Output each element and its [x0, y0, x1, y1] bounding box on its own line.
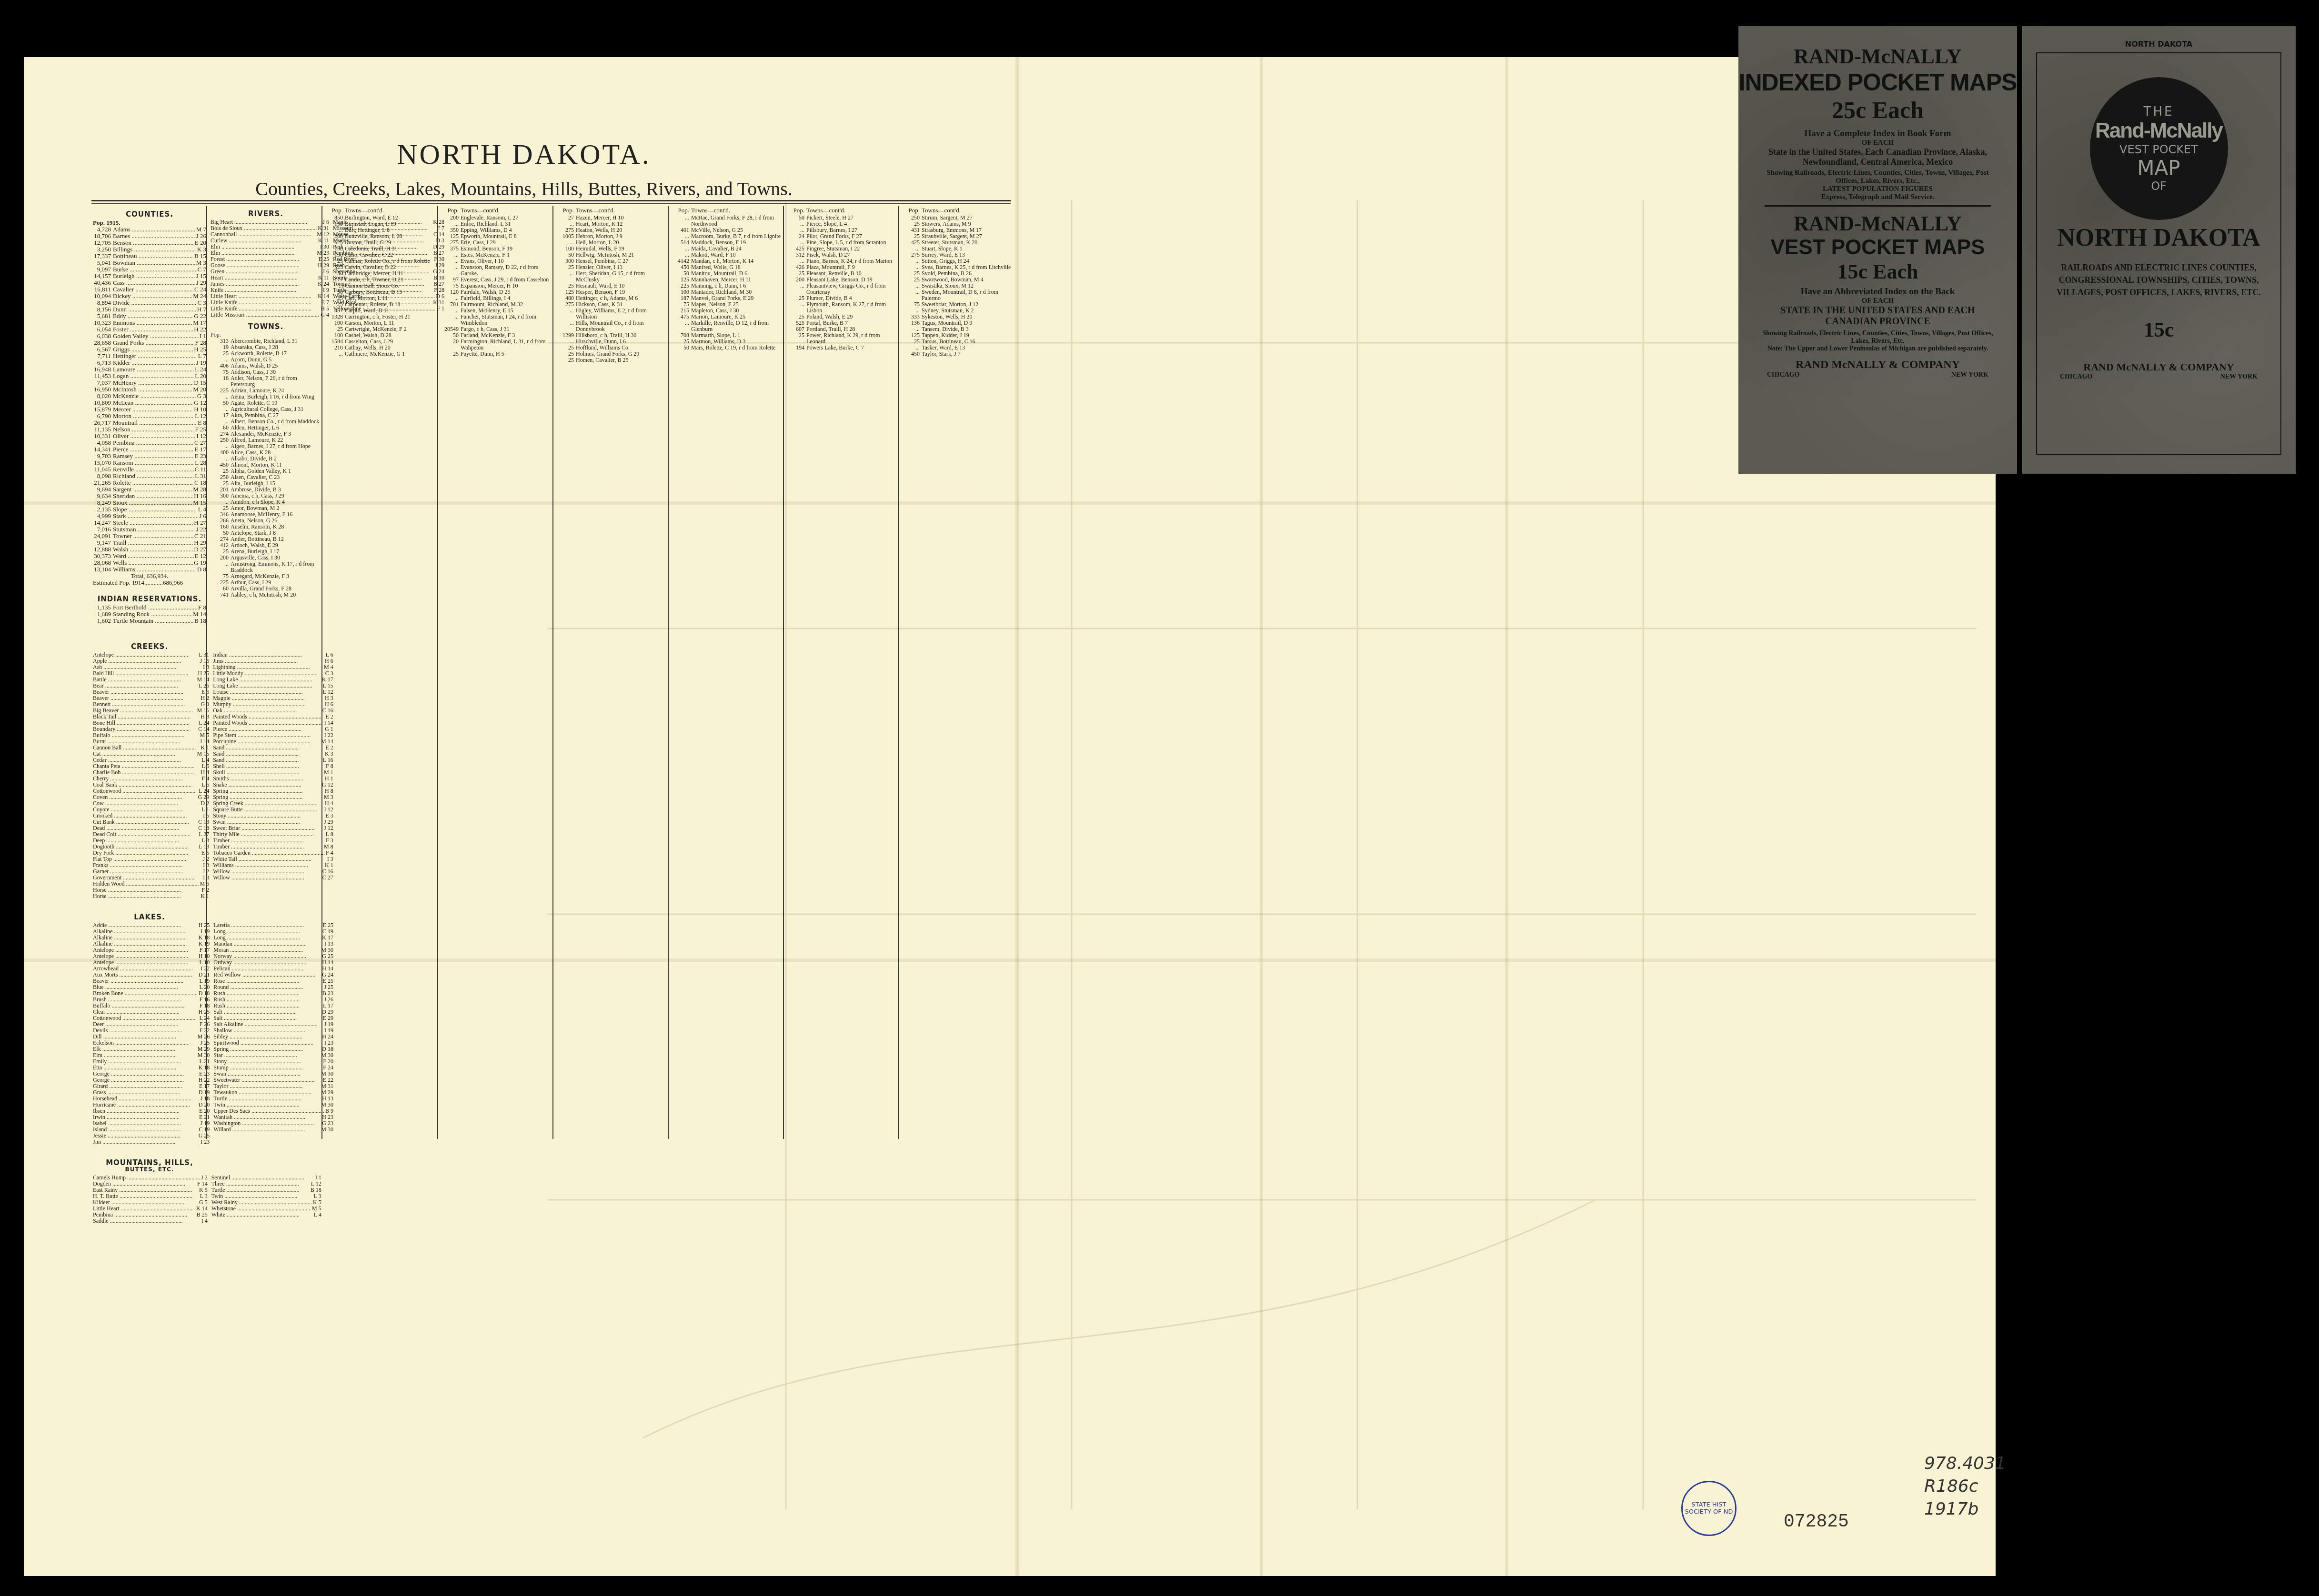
- lakes-heading: LAKES.: [93, 914, 206, 920]
- list-item: CurlewK 11: [211, 238, 329, 244]
- list-item: Little KnifeE 7: [211, 299, 329, 306]
- list-item: JamesK 24: [211, 281, 329, 287]
- list-item: 26,717MountrailE 8: [93, 419, 206, 426]
- grid-ref: M 17: [192, 319, 206, 326]
- list-item: 4,999StarkJ 6: [93, 513, 206, 519]
- place-name: Willard: [213, 1127, 320, 1133]
- reservations-list: 1,135Fort BertholdF 81,689Standing RockM…: [93, 604, 206, 624]
- list-item: Tobacco GardenF 4: [213, 850, 333, 856]
- grid-ref: M 15: [192, 499, 206, 506]
- list-item: BuffaloM 5: [93, 732, 209, 738]
- list-item: Coal BankL 6: [93, 782, 209, 788]
- town-row: 25Power, Richland, K 29, r d from Leonar…: [786, 332, 897, 345]
- place-name: Spring: [213, 1046, 321, 1052]
- grid-ref: C 18: [193, 479, 206, 486]
- list-item: 15,879MercerH 10: [93, 406, 206, 413]
- place-name: Alkaline: [93, 928, 200, 935]
- population: 30,373: [93, 553, 113, 559]
- list-item: ShellF 8: [213, 763, 333, 769]
- town-entry: Fairdale, Walsh, D 25: [461, 289, 551, 295]
- list-item: AlkalineI 19: [93, 928, 210, 935]
- list-item: NorwayG 25: [213, 953, 333, 959]
- grid-ref: J 19: [195, 359, 206, 366]
- population: 25: [556, 357, 576, 363]
- place-name: Franks: [93, 862, 202, 868]
- place-name: Rush: [213, 1003, 322, 1009]
- list-item: 9,703RamseyE 23: [93, 453, 206, 459]
- place-name: Antelope: [93, 959, 198, 966]
- place-name: Williams: [213, 862, 324, 868]
- town-entry: Alden, Hettinger, L 6: [231, 425, 321, 431]
- cover-text: Have an Abbreviated Index on the Back: [1738, 287, 2017, 297]
- town-entry: Epworth, Mountrail, E 8: [461, 233, 551, 239]
- list-item: Pipe StemI 22: [213, 732, 333, 738]
- place-name: Dickey: [113, 293, 192, 299]
- place-name: Logan: [113, 373, 194, 379]
- list-item: EttaK 18: [93, 1065, 210, 1071]
- grid-ref: L 28: [194, 459, 206, 466]
- list-item: 12,705BensonE 20: [93, 239, 206, 246]
- population: ...: [325, 351, 345, 357]
- town-entry: Carl, Morton, L 11: [345, 295, 435, 301]
- place-name: Sand: [213, 757, 322, 763]
- grid-ref: E 23: [194, 453, 206, 459]
- cover-text: Express, Telegraph and Mail Service.: [1738, 193, 2017, 201]
- town-entry: Swartwood, Bowman, M 4: [922, 277, 1012, 283]
- list-item: StarM 30: [213, 1052, 333, 1058]
- publisher: RAND McNALLY & COMPANY: [1738, 359, 2017, 371]
- list-item: WanitahH 23: [213, 1114, 333, 1120]
- place-name: Adams: [113, 226, 195, 233]
- counties-pop-label: Pop. 1915.: [93, 219, 206, 226]
- town-entry: Hellwig, McIntosh, M 21: [576, 252, 666, 258]
- place-name: Benson: [113, 239, 194, 246]
- cont-header: Towns—cont'd.: [691, 207, 730, 213]
- town-entry: Homen, Cavalier, B 25: [576, 357, 666, 363]
- place-name: George: [93, 1077, 198, 1083]
- population: 16,950: [93, 386, 113, 393]
- place-name: Pembina: [93, 1212, 196, 1218]
- place-name: Pipe Stem: [213, 732, 323, 738]
- place-name: Hettinger: [113, 353, 197, 359]
- grid-ref: F 8: [197, 604, 206, 611]
- place-name: Swan: [213, 1071, 320, 1077]
- place-name: Clear: [93, 1009, 198, 1015]
- cont-header: Towns—cont'd.: [345, 207, 384, 213]
- accession-number: 072825: [1784, 1512, 1849, 1532]
- list-item: IslandC 19: [93, 1127, 210, 1133]
- list-item: 6,790MortonL 12: [93, 413, 206, 419]
- list-item: JessieG 25: [93, 1133, 210, 1139]
- population: 3,250: [93, 246, 113, 253]
- town-entry: Heaton, Wells, H 20: [576, 227, 666, 233]
- town-entry: Tansem, Divide, B 3: [922, 326, 1012, 332]
- place-name: Skull: [213, 769, 323, 776]
- list-item: H. T. ButteL 3: [93, 1193, 208, 1199]
- town-entry: Cashel, Walsh, D 28: [345, 332, 435, 339]
- place-name: Stony: [213, 813, 324, 819]
- population: 7,037: [93, 379, 113, 386]
- list-item: Aux MortsD 21: [93, 972, 210, 978]
- list-item: GeorgeE 23: [93, 1071, 210, 1077]
- place-name: McKenzie: [113, 393, 196, 399]
- place-name: Fort Berthold: [113, 604, 197, 611]
- town-entry: Hebron, Morton, J 9: [576, 233, 666, 239]
- list-item: GarnerJ 2: [93, 868, 209, 875]
- list-item: 9,097BurkeC 7: [93, 266, 206, 273]
- town-entry: Pine, Slope, L 5, r d from Scranton: [806, 239, 897, 246]
- town-entry: Calvin, Cavalier, B 22: [345, 264, 435, 270]
- list-item: SkullM 1: [213, 769, 333, 776]
- population: 6,790: [93, 413, 113, 419]
- population: 8,098: [93, 473, 113, 479]
- list-item: StumpF 24: [213, 1065, 333, 1071]
- population: 7,016: [93, 526, 113, 533]
- index-title: NORTH DAKOTA. Counties, Creeks, Lakes, M…: [24, 138, 1024, 200]
- place-name: Deep: [93, 838, 201, 844]
- place-name: Turtle Mountain: [113, 618, 193, 624]
- list-item: PembinaB 25: [93, 1212, 208, 1218]
- population: 9,147: [93, 539, 113, 546]
- grid-ref: J 15: [195, 273, 206, 279]
- list-item: Painted WoodsI 14: [213, 720, 333, 726]
- place-name: Twin: [213, 1102, 320, 1108]
- population: 25: [786, 332, 806, 345]
- place-name: Dry Fork: [93, 850, 201, 856]
- list-item: IndianL 6: [213, 652, 333, 658]
- town-row: ...Hills, Mountrail Co., r d from Donnyb…: [556, 320, 666, 332]
- list-item: SpiritwoodI 23: [213, 1040, 333, 1046]
- grid-ref: H 25: [193, 346, 206, 353]
- town-entry: Epping, Williams, D 4: [461, 227, 551, 233]
- place-name: Laretta: [213, 922, 321, 928]
- place-name: Antelope: [93, 953, 198, 959]
- place-name: Dead Colt: [93, 831, 198, 838]
- lakes-list: AddieH 25AlkalineI 19AlkalineK 18Alkalin…: [93, 922, 206, 1145]
- map-sheet: NORTH DAKOTA. Counties, Creeks, Lakes, M…: [24, 57, 1996, 1576]
- grid-ref: D 15: [193, 379, 206, 386]
- grid-ref: E 12: [194, 553, 206, 559]
- town-entry: Hazen, Mercer, H 10: [576, 215, 666, 221]
- population: 14,247: [93, 519, 113, 526]
- list-item: ForestE 25: [211, 256, 329, 262]
- place-name: Beaver: [93, 695, 200, 701]
- grid-ref: L 20: [194, 373, 206, 379]
- place-name: Shallow: [213, 1027, 323, 1034]
- list-item: 9,147TraillH 29: [93, 539, 206, 546]
- town-entry: Amidon, c h Slope, K 4: [231, 499, 321, 505]
- town-row: ...Sweden, Mountrail, D 8, r d from Pale…: [902, 289, 1012, 301]
- place-name: Snake: [213, 782, 321, 788]
- cover-text: Note: The Upper and Lower Peninsulas of …: [1738, 345, 2017, 353]
- grid-ref: M 14: [192, 611, 206, 618]
- place-name: Bennett: [93, 701, 200, 708]
- list-item: LongK 17: [213, 935, 333, 941]
- place-name: Willow: [213, 875, 321, 881]
- towns-column-6: Pop.Towns—cont'd.50Pickert, Steele, H 27…: [786, 207, 897, 351]
- list-item: SweetwaterE 22: [213, 1077, 333, 1083]
- list-item: DeepL 3: [93, 838, 209, 844]
- population: 10,809: [93, 399, 113, 406]
- place-name: Norway: [213, 953, 321, 959]
- place-name: Rose: [213, 978, 321, 984]
- place-name: Isabel: [93, 1120, 200, 1127]
- list-item: DeerF 26: [93, 1021, 210, 1027]
- town-entry: Pisek, Walsh, D 27: [806, 252, 897, 258]
- place-name: White: [211, 1212, 313, 1218]
- population: 4,999: [93, 513, 113, 519]
- place-name: Stark: [113, 513, 198, 519]
- town-entry: Mars, Rolette, C 19, r d from Rolette: [691, 345, 782, 351]
- reservations-heading: INDIAN RESERVATIONS.: [93, 596, 206, 602]
- place-name: Cannon Ball: [93, 745, 200, 751]
- place-name: Salt Alkaline: [213, 1021, 323, 1027]
- population: 4,058: [93, 439, 113, 446]
- column-divider: [668, 206, 669, 1139]
- brand-line: RAND-McNALLY: [1738, 211, 2017, 236]
- place-name: Murphy: [213, 701, 324, 708]
- price-line: 15c Each: [1738, 259, 2017, 284]
- town-entry: Powers Lake, Burke, C 7: [806, 345, 897, 351]
- population: 9,634: [93, 493, 113, 499]
- place-name: Timber: [213, 844, 323, 850]
- list-item: JimsH 6: [213, 658, 333, 664]
- town-row: ...Armstrong, Emmons, K 17, r d from Bra…: [211, 561, 321, 573]
- list-item: Bald HillH 25: [93, 670, 209, 677]
- list-item: 8,894DivideC 3: [93, 299, 206, 306]
- list-item: WilliamsK 1: [213, 862, 333, 868]
- list-item: PelicanH 14: [213, 966, 333, 972]
- place-name: Billings: [113, 246, 196, 253]
- population: 11,045: [93, 466, 113, 473]
- town-entry: Hofflund, Williams Co.: [576, 345, 666, 351]
- list-item: CowD 2: [93, 800, 209, 807]
- cont-header: Towns—cont'd.: [576, 207, 615, 213]
- list-item: TwinM 30: [213, 1102, 333, 1108]
- place-name: Ward: [113, 553, 194, 559]
- town-entry: Arnegard, McKenzie, F 3: [231, 573, 321, 579]
- list-item: 10,323EmmonsM 17: [93, 319, 206, 326]
- cover-state-top: NORTH DAKOTA: [2022, 40, 2296, 49]
- town-row: 450Taylor, Stark, J 7: [902, 351, 1012, 357]
- population: 741: [211, 592, 231, 598]
- place-name: Oliver: [113, 433, 195, 439]
- grid-ref: C 24: [193, 286, 206, 293]
- list-item: Painted WoodsE 2: [213, 714, 333, 720]
- page-subtitle: Counties, Creeks, Lakes, Mountains, Hill…: [24, 178, 1024, 200]
- list-item: Sweet BriarJ 12: [213, 825, 333, 831]
- place-name: Little Knife: [211, 306, 320, 312]
- list-item: WillardM 30: [213, 1127, 333, 1133]
- place-name: Eckelson: [93, 1040, 200, 1046]
- place-name: Louise: [213, 689, 322, 695]
- place-name: Beaver: [93, 689, 201, 695]
- mountains-heading: MOUNTAINS, HILLS,: [93, 1159, 206, 1166]
- list-item: ShallowI 19: [213, 1027, 333, 1034]
- place-name: Salt: [213, 1015, 321, 1021]
- cover-text: LATEST POPULATION FIGURES: [1738, 185, 2017, 193]
- place-name: Moran: [213, 947, 320, 953]
- list-item: AddieH 25: [93, 922, 210, 928]
- place-name: Boundary: [93, 726, 197, 732]
- population: 16,811: [93, 286, 113, 293]
- place-name: Battle: [93, 677, 196, 683]
- list-item: 2,135SlopeL 4: [93, 506, 206, 513]
- grid-ref: L 7: [197, 353, 206, 359]
- list-item: MandanI 13: [213, 941, 333, 947]
- town-entry: Englevale, Ransom, L 27: [461, 215, 551, 221]
- town-entry: Hettinger, c h, Adams, M 6: [576, 295, 666, 301]
- place-name: Hurricane: [93, 1102, 198, 1108]
- list-item: IbsenE 20: [93, 1108, 210, 1114]
- list-item: Long LakeL 15: [213, 683, 333, 689]
- population: 25: [441, 351, 461, 357]
- town-entry: Abercrombie, Richland, L 31: [231, 338, 321, 344]
- town-entry: Tappen, Kidder, J 19: [922, 332, 1012, 339]
- list-item: SandK 3: [213, 751, 333, 757]
- pop-header: Pop.: [325, 207, 345, 213]
- list-item: 1,602Turtle MountainB 18: [93, 618, 206, 624]
- town-entry: Pickert, Steele, H 27: [806, 215, 897, 221]
- place-name: Ibsen: [93, 1108, 198, 1114]
- place-name: Horse: [93, 887, 201, 893]
- town-row: 16Adler, Nelson, F 26, r d from Petersbu…: [211, 375, 321, 388]
- town-entry: Fayette, Dunn, H 5: [461, 351, 551, 357]
- town-entry: Erie, Cass, I 29: [461, 239, 551, 246]
- list-item: 11,135NelsonF 25: [93, 426, 206, 433]
- grid-ref: L 12: [194, 413, 206, 419]
- grid-ref: G 19: [193, 559, 206, 566]
- place-name: Alkaline: [93, 941, 198, 947]
- place-name: Spring: [213, 794, 323, 800]
- town-entry: Aetna, Burleigh, I 16, r d from Wing: [231, 394, 321, 400]
- list-item: Little MuddyC 3: [213, 670, 333, 677]
- place-name: Burleigh: [113, 273, 195, 279]
- list-item: 10,094DickeyM 24: [93, 293, 206, 299]
- town-entry: Pilot, Grand Forks, F 27: [806, 233, 897, 239]
- list-item: CottonwoodL 24: [93, 1015, 210, 1021]
- list-item: ElkM 29: [93, 1046, 210, 1052]
- list-item: DogtoothL 13: [93, 844, 209, 850]
- place-name: Willow: [213, 868, 321, 875]
- town-entry: Fancher, Stutsman, I 24, r d from Wimble…: [461, 314, 551, 326]
- place-name: Cannonball: [211, 231, 316, 238]
- town-row: ...Pleasantview, Griggs Co., r d from Co…: [786, 283, 897, 295]
- population: 10,094: [93, 293, 113, 299]
- list-item: HeartK 11: [211, 275, 329, 281]
- towns-column-7: Pop.Towns—cont'd.250Stirum, Sargent, M 2…: [902, 207, 1012, 357]
- town-entry: Arvilla, Grand Forks, F 28: [231, 586, 321, 592]
- list-item: PorcupineM 14: [213, 738, 333, 745]
- place-name: East Rainy: [93, 1187, 198, 1193]
- place-name: Divide: [113, 299, 197, 306]
- place-name: Mercer: [113, 406, 193, 413]
- grid-ref: K 1: [200, 893, 209, 899]
- list-item: SaltD 29: [213, 1009, 333, 1015]
- population: 5,041: [93, 259, 113, 266]
- place-name: McHenry: [113, 379, 193, 386]
- column-divider: [437, 206, 438, 1139]
- list-item: MurphyH 6: [213, 701, 333, 708]
- town-entry: Ackworth, Rolette, B 17: [231, 350, 321, 357]
- place-name: Long Lake: [213, 677, 321, 683]
- place-name: Long: [213, 935, 321, 941]
- list-item: Little HeartK 14: [211, 293, 329, 299]
- counties-column: COUNTIES. Pop. 1915. 4,728AdamsM 718,706…: [93, 207, 206, 1224]
- town-entry: Carpio, Ward, D 11: [345, 308, 435, 314]
- town-entry: Burlington, Ward, E 12: [345, 215, 435, 221]
- town-entry: Plumer, Divide, B 4: [806, 295, 897, 301]
- list-item: DeadC 18: [93, 825, 209, 831]
- list-item: PierceG 1: [213, 726, 333, 732]
- list-item: WhiteL 4: [211, 1212, 321, 1218]
- place-name: Aux Morts: [93, 972, 198, 978]
- list-item: ClearH 25: [93, 1009, 210, 1015]
- place-name: Little Heart: [93, 1206, 195, 1212]
- pop-header: Pop.: [441, 207, 461, 213]
- grid-ref: G 3: [196, 393, 206, 399]
- population: 11,453: [93, 373, 113, 379]
- place-name: Grass: [93, 1089, 198, 1096]
- town-entry: Makoti, Ward, F 10: [691, 252, 782, 258]
- town-entry: Heil, Morton, L 20: [576, 239, 666, 246]
- column-divider: [783, 206, 784, 1139]
- town-entry: Alice, Cass, K 28: [231, 449, 321, 456]
- cover-text: OF EACH: [1738, 297, 2017, 305]
- place-name: Sweet Briar: [213, 825, 323, 831]
- place-name: Spring: [213, 788, 324, 794]
- grid-ref: J 29: [195, 279, 206, 286]
- town-entry: Stirum, Sargent, M 27: [922, 215, 1012, 221]
- town-entry: Argusville, Cass, I 30: [231, 555, 321, 561]
- rivers-heading: RIVERS.: [211, 211, 321, 217]
- population: 28,658: [93, 339, 113, 346]
- place-name: Mountrail: [113, 419, 197, 426]
- town-entry: Hillsboro, c h, Traill, H 30: [576, 332, 666, 339]
- list-item: GreenJ 6: [211, 269, 329, 275]
- grid-ref: M 7: [195, 226, 206, 233]
- place-name: Big Beaver: [93, 708, 196, 714]
- place-name: Kidder: [113, 359, 195, 366]
- pop-header: Pop.: [786, 207, 806, 213]
- town-entry: Maddock, Benson, F 19: [691, 239, 782, 246]
- place-name: Twin: [211, 1193, 313, 1199]
- place-name: Elm: [93, 1052, 197, 1058]
- list-item: 7,037McHenryD 15: [93, 379, 206, 386]
- place-name: Brush: [93, 997, 199, 1003]
- cover-text: Showing Railroads, Electric Lines, Count…: [1738, 167, 2017, 185]
- grid-ref: H 16: [193, 493, 206, 499]
- town-entry: Straubville, Sargent, M 27: [922, 233, 1012, 239]
- grid-ref: D 8: [196, 566, 206, 573]
- list-item: AntelopeL 10: [93, 959, 210, 966]
- list-item: White TailI 3: [213, 856, 333, 862]
- population: 6,713: [93, 359, 113, 366]
- list-item: ElmM 23: [211, 250, 329, 256]
- place-name: Little Knife: [211, 299, 321, 306]
- place-name: Ransom: [113, 459, 194, 466]
- place-name: Oak: [213, 708, 321, 714]
- list-item: SaltE 29: [213, 1015, 333, 1021]
- grid-ref: M 28: [192, 486, 206, 493]
- place-name: Golden Valley: [113, 333, 199, 339]
- list-item: HorseheadJ 18: [93, 1096, 210, 1102]
- place-name: Morton: [113, 413, 194, 419]
- town-entry: Addison, Cass, J 30: [231, 369, 321, 375]
- town-entry: Sweetbriar, Morton, J 12: [922, 301, 1012, 308]
- place-name: Painted Woods: [213, 714, 324, 720]
- place-name: Bottineau: [113, 253, 193, 259]
